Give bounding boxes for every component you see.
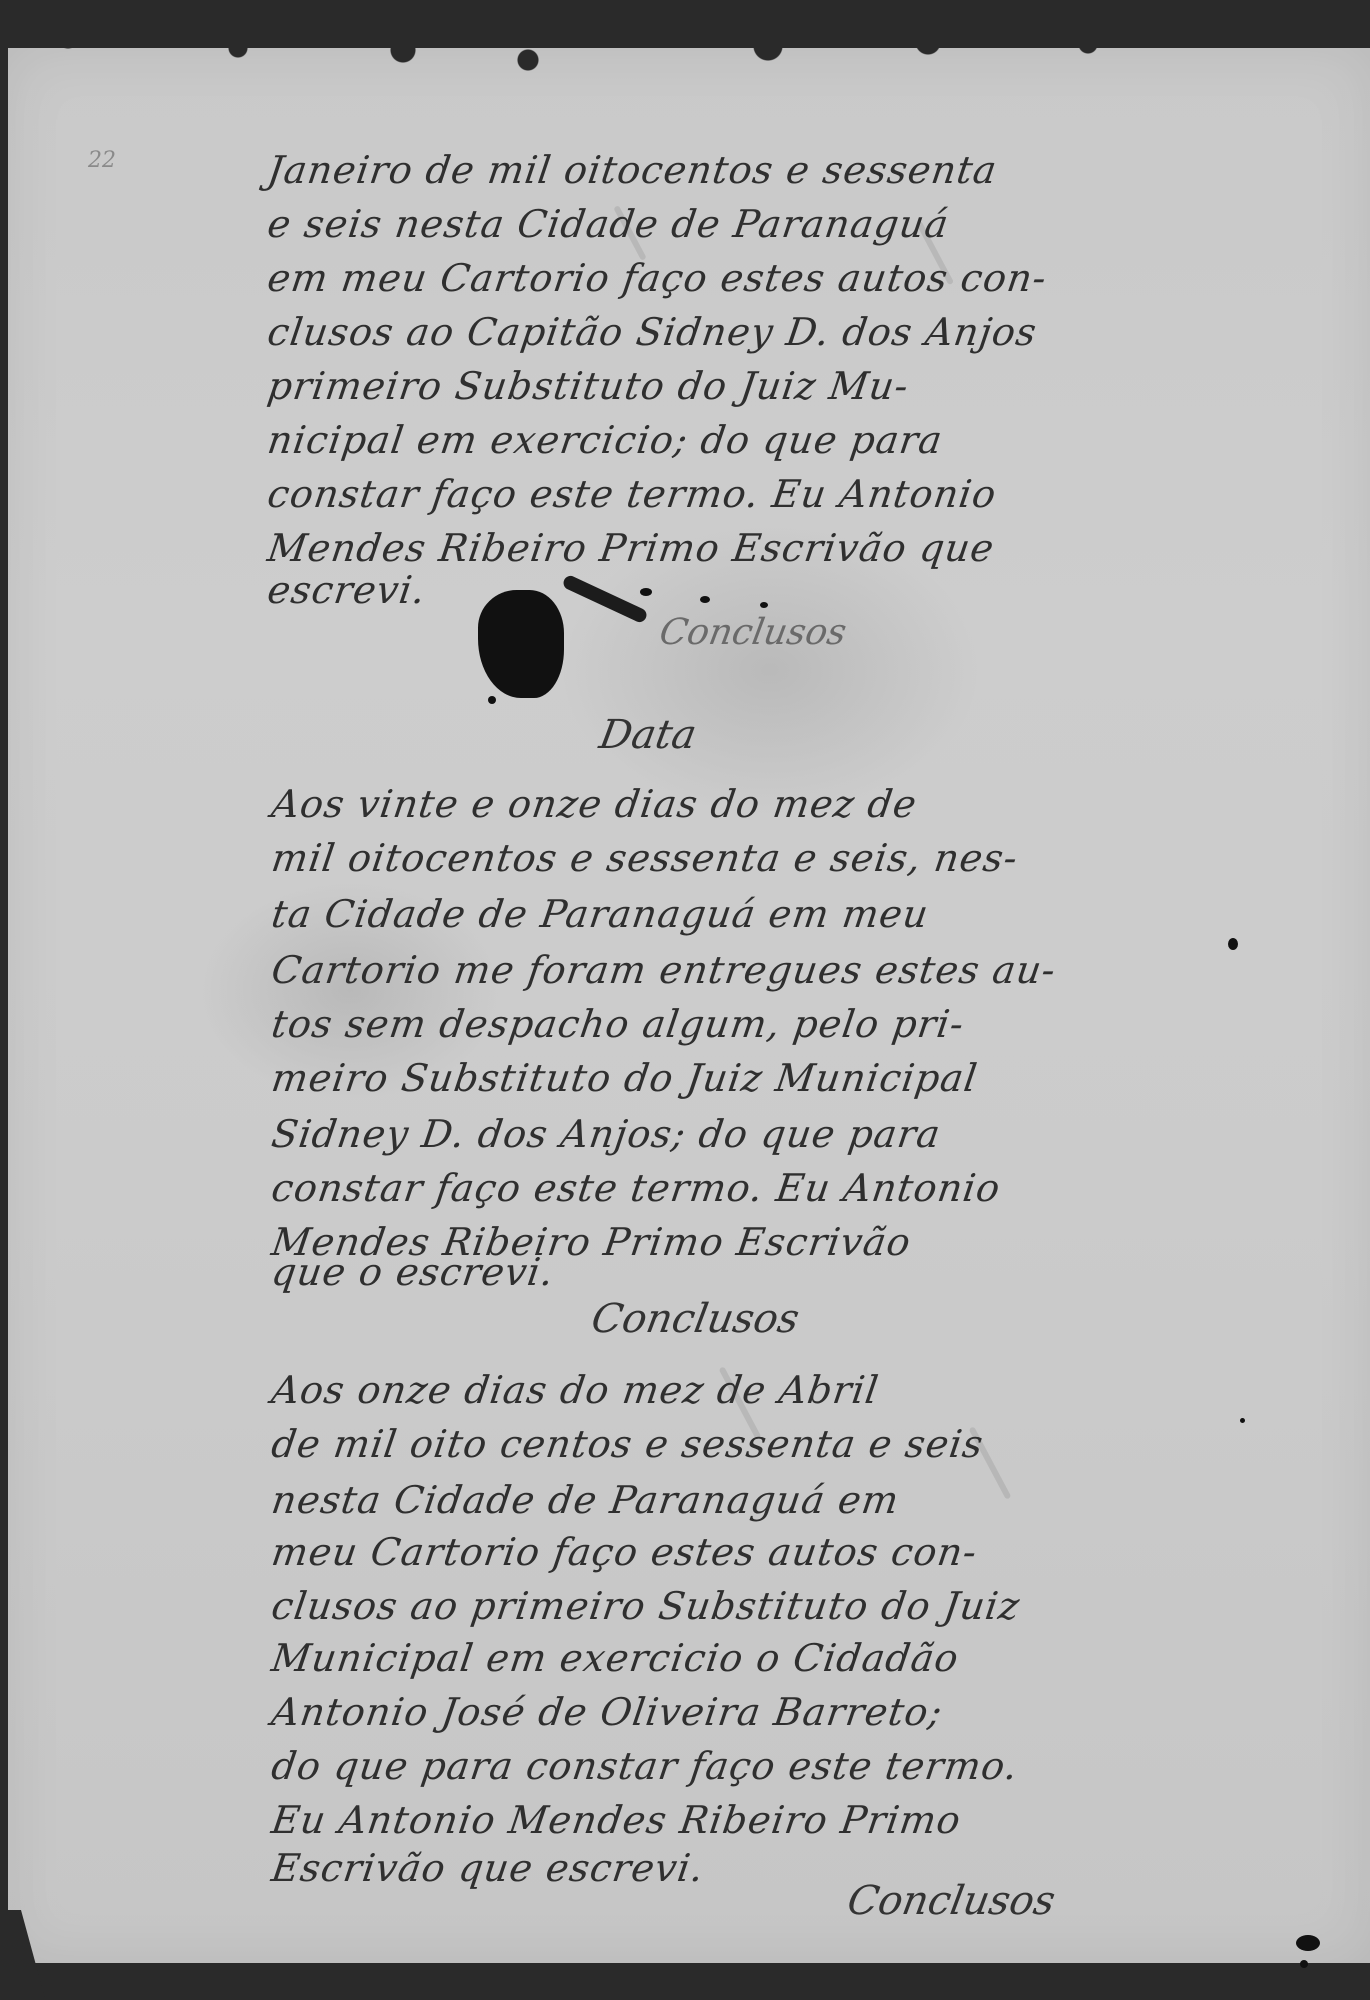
text-line: Escrivão que escrevi. xyxy=(269,1846,707,1890)
text-line: e seis nesta Cidade de Paranaguá xyxy=(265,202,952,246)
text-line: Aos onze dias do mez de Abril xyxy=(269,1368,882,1412)
section-heading-data: Data xyxy=(596,712,700,758)
margin-page-number: 22 xyxy=(88,148,116,173)
text-line: de mil oito centos e sessenta e seis xyxy=(269,1422,986,1466)
ink-speck xyxy=(760,602,768,608)
text-line: do que para constar faço este termo. xyxy=(269,1744,1021,1788)
ink-speck xyxy=(488,696,496,704)
text-line: que o escrevi. xyxy=(269,1250,557,1294)
text-line: Municipal em exercicio o Cidadão xyxy=(269,1636,962,1680)
text-line: primeiro Substituto do Juiz Mu- xyxy=(265,364,912,408)
text-line: Sidney D. dos Anjos; do que para xyxy=(269,1112,944,1156)
text-line: escrevi. xyxy=(265,568,429,612)
text-line: ta Cidade de Paranaguá em meu xyxy=(269,892,932,936)
text-line: constar faço este termo. Eu Antonio xyxy=(265,472,999,516)
text-line: Eu Antonio Mendes Ribeiro Primo xyxy=(269,1798,964,1842)
section-heading-conclusos: Conclusos xyxy=(588,1296,803,1342)
signature-conclusos: Conclusos xyxy=(844,1878,1059,1924)
text-line: mil oitocentos e sessenta e seis, nes- xyxy=(269,836,1021,880)
text-line: clusos ao Capitão Sidney D. dos Anjos xyxy=(265,310,1040,354)
text-line: clusos ao primeiro Substituto do Juiz xyxy=(269,1584,1023,1628)
signature-conclusos: Conclusos xyxy=(656,612,849,653)
ink-speck xyxy=(1240,1418,1245,1423)
ink-speck xyxy=(1296,1935,1320,1951)
text-line: Aos vinte e onze dias do mez de xyxy=(269,782,920,826)
text-line: nesta Cidade de Paranaguá em xyxy=(269,1478,902,1522)
text-line: em meu Cartorio faço estes autos con- xyxy=(265,256,1050,300)
text-line: Mendes Ribeiro Primo Escrivão que xyxy=(265,526,997,570)
ink-speck xyxy=(640,588,652,596)
torn-top-edge xyxy=(8,38,1370,78)
ink-blot xyxy=(478,590,564,698)
text-line: meu Cartorio faço estes autos con- xyxy=(269,1530,980,1574)
ink-speck xyxy=(1300,1960,1308,1968)
ink-speck xyxy=(700,596,710,603)
ink-speck xyxy=(1228,938,1238,950)
text-line: Antonio José de Oliveira Barreto; xyxy=(269,1690,946,1734)
text-line: constar faço este termo. Eu Antonio xyxy=(269,1166,1003,1210)
text-line: Cartorio me foram entregues estes au- xyxy=(269,948,1059,992)
text-line: nicipal em exercicio; do que para xyxy=(265,418,946,462)
text-line: Janeiro de mil oitocentos e sessenta xyxy=(265,148,1000,192)
text-line: meiro Substituto do Juiz Municipal xyxy=(269,1056,981,1100)
text-line: tos sem despacho algum, pelo pri- xyxy=(269,1002,967,1046)
